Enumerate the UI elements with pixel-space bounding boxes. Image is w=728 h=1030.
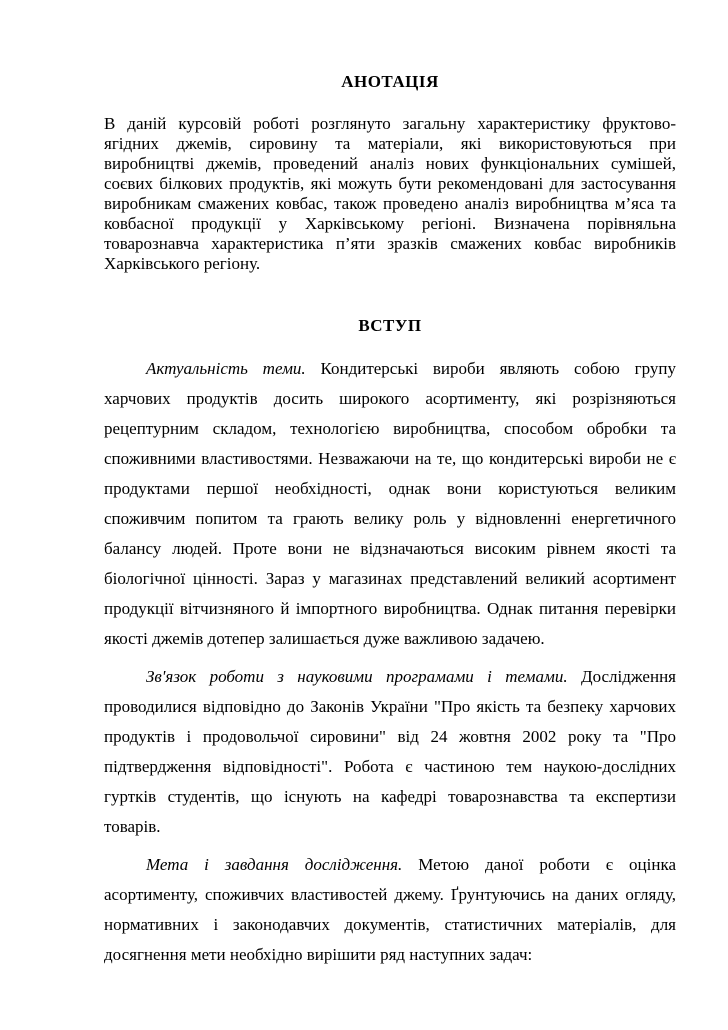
paragraph-goal: Мета і завдання дослідження. Метою даної… <box>104 850 676 970</box>
paragraph-science-links-text: Дослідження проводилися відповідно до За… <box>104 667 676 836</box>
paragraph-actuality-text: Кондитерські вироби являють собою групу … <box>104 359 676 648</box>
paragraph-actuality-lead: Актуальність теми. <box>146 359 306 378</box>
paragraph-actuality: Актуальність теми. Кондитерські вироби я… <box>104 354 676 654</box>
heading-annotation: АНОТАЦІЯ <box>104 72 676 92</box>
paragraph-science-links-lead: Зв'язок роботи з науковими програмами і … <box>146 667 568 686</box>
heading-introduction: ВСТУП <box>104 316 676 336</box>
document-page: АНОТАЦІЯ В даній курсовій роботі розглян… <box>0 0 728 1030</box>
paragraph-science-links: Зв'язок роботи з науковими програмами і … <box>104 662 676 842</box>
paragraph-annotation-body: В даній курсовій роботі розглянуто загал… <box>104 114 676 274</box>
paragraph-goal-lead: Мета і завдання дослідження. <box>146 855 402 874</box>
